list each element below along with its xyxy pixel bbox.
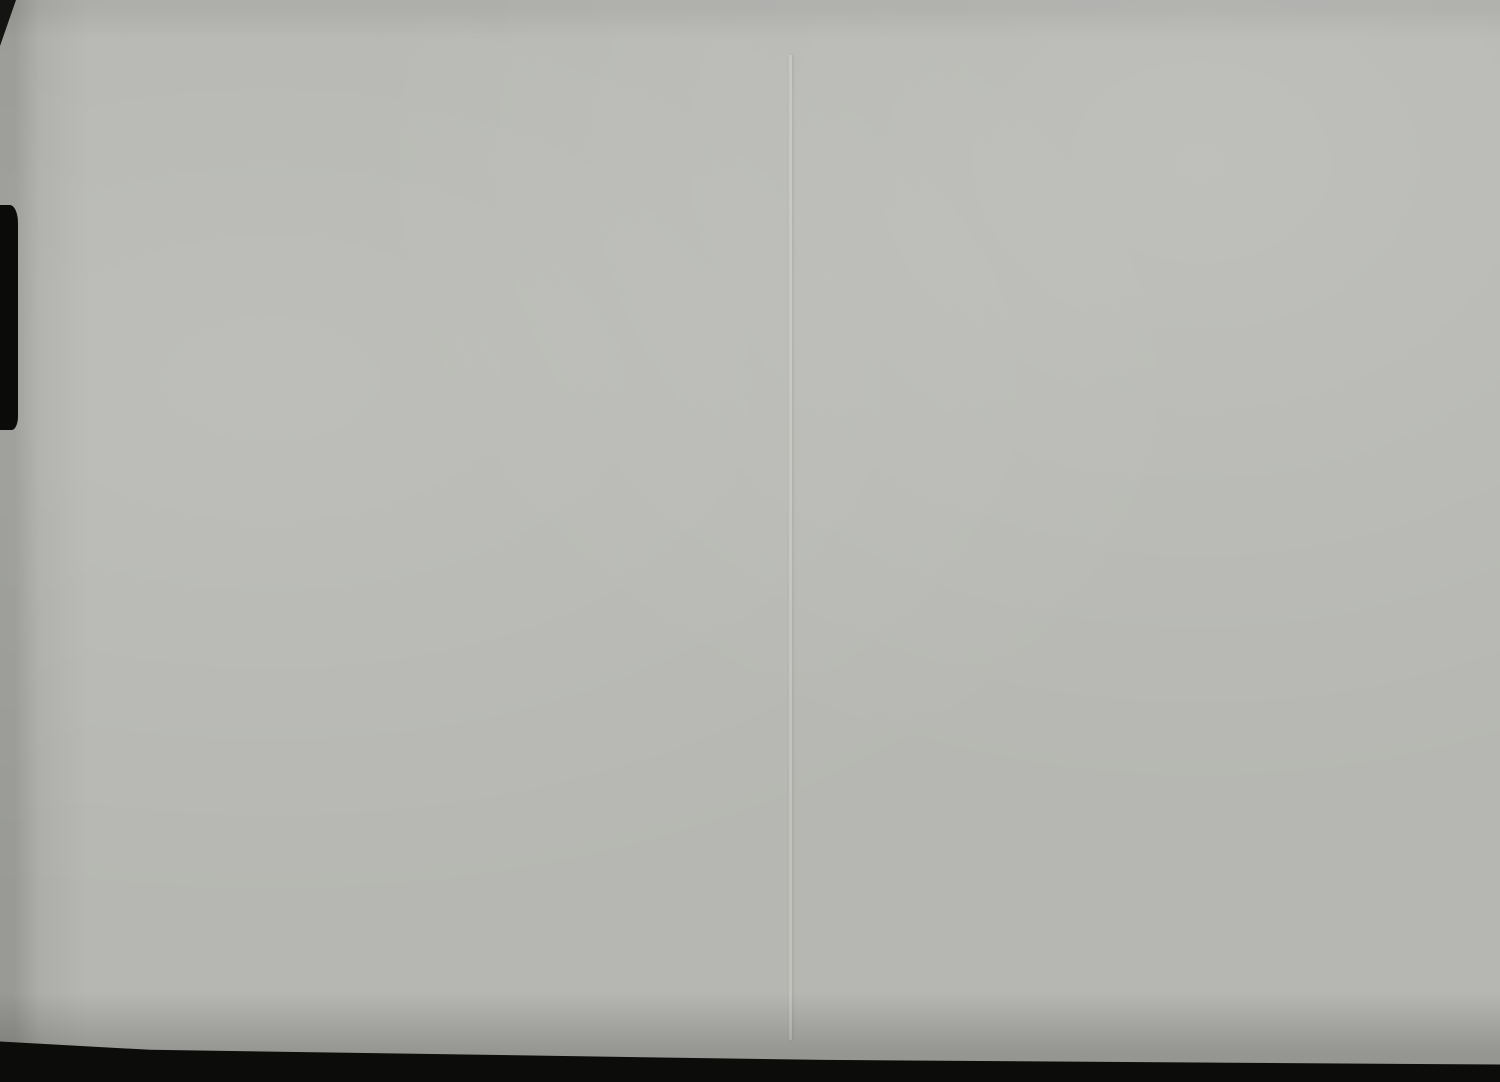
dark-left-edge xyxy=(0,205,18,430)
paper-sheet xyxy=(0,0,1500,1082)
casualty-records-table xyxy=(28,52,1473,58)
archive-watermarks xyxy=(0,0,1498,3)
table-header xyxy=(28,52,1473,58)
scanned-document-page xyxy=(0,0,1500,1082)
pencil-scribbles-overlay xyxy=(0,0,1500,1082)
paper-fold-crease xyxy=(789,55,792,1040)
